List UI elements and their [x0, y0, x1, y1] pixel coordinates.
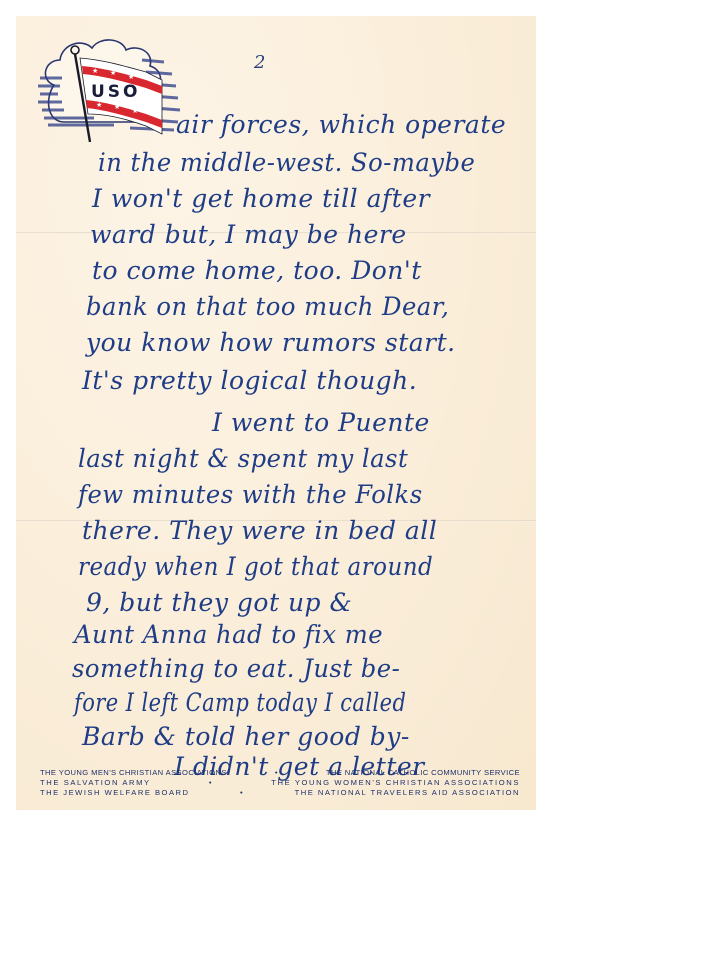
- letter-line: bank on that too much Dear,: [86, 292, 449, 321]
- footer-separator: •: [232, 788, 252, 798]
- footer-org: THE YOUNG MEN'S CHRISTIAN ASSOCIATIONS: [40, 768, 227, 778]
- footer-line: THE SALVATION ARMY • THE YOUNG WOMEN'S C…: [40, 778, 520, 788]
- footer-org: THE JEWISH WELFARE BOARD: [40, 788, 190, 798]
- footer-org: THE NATIONAL TRAVELERS AID ASSOCIATION: [295, 788, 520, 798]
- letter-line: 9, but they got up &: [86, 588, 352, 617]
- letter-body: air forces, which operate in the middle-…: [16, 16, 536, 776]
- letter-line: I won't get home till after: [92, 184, 430, 213]
- letter-line: Barb & told her good by-: [82, 722, 410, 751]
- letter-line: to come home, too. Don't: [92, 256, 422, 285]
- letter-line: last night & spent my last: [78, 444, 408, 473]
- letter-line: ready when I got that around: [78, 552, 433, 581]
- letter-line: It's pretty logical though.: [82, 366, 417, 395]
- footer-line: THE YOUNG MEN'S CHRISTIAN ASSOCIATIONS •…: [40, 768, 520, 778]
- footer-org: THE YOUNG WOMEN'S CHRISTIAN ASSOCIATIONS: [271, 778, 520, 788]
- letter-line: in the middle-west. So-maybe: [98, 148, 475, 177]
- letter-line: there. They were in bed all: [82, 516, 437, 545]
- letter-line: ward but, I may be here: [90, 220, 407, 249]
- letter-line: I went to Puente: [212, 408, 430, 437]
- letter-line: air forces, which operate: [176, 110, 506, 139]
- letter-line: something to eat. Just be-: [72, 654, 400, 683]
- letter-line: few minutes with the Folks: [78, 480, 423, 509]
- footer-org: THE NATIONAL CATHOLIC COMMUNITY SERVICE: [326, 768, 520, 778]
- letter-line: fore I left Camp today I called: [74, 688, 406, 717]
- sponsor-organizations-footer: THE YOUNG MEN'S CHRISTIAN ASSOCIATIONS •…: [40, 768, 520, 798]
- footer-separator: •: [201, 778, 221, 788]
- footer-line: THE JEWISH WELFARE BOARD • THE NATIONAL …: [40, 788, 520, 798]
- letter-line: you know how rumors start.: [86, 328, 456, 357]
- footer-separator: •: [267, 768, 286, 778]
- footer-org: THE SALVATION ARMY: [40, 778, 151, 788]
- letter-page: ★ ★ ★ ★ ★ ★ USO 2 air forces, which oper…: [16, 16, 536, 810]
- letter-line: Aunt Anna had to fix me: [74, 620, 383, 649]
